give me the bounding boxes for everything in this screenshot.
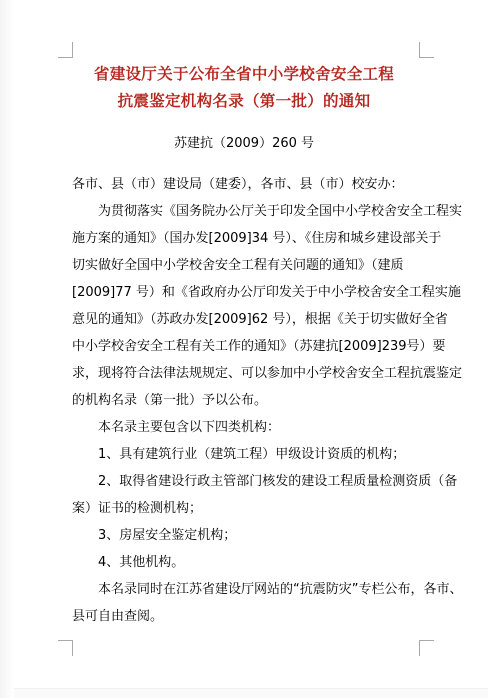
body-line: 各市、县（市）建设局（建委），各市、县（市）校安办： [72,176,424,203]
list-item-4: 4、其他机构。 [72,554,424,581]
document-body: 各市、县（市）建设局（建委），各市、县（市）校安办： 为贯彻落实《国务院办公厅关… [72,176,424,635]
body-line: 县可自由查阅。 [72,608,424,635]
body-line: 中小学校舍安全工程有关工作的通知》（苏建抗[2009]239号）要 [72,338,424,365]
margin-corner-top-right [419,42,434,58]
body-line: 的机构名录（第一批）予以公布。 [72,392,424,419]
margin-corner-bottom-right [419,640,434,656]
list-item-3: 3、房屋安全鉴定机构； [72,527,424,554]
body-line: 为贯彻落实《国务院办公厅关于印发全国中小学校舍安全工程实 [72,203,424,230]
margin-corner-bottom-left [58,640,73,656]
list-item-2-continued: 案）证书的检测机构； [72,500,424,527]
body-line: [2009]77 号）和《省政府办公厅印发关于中小学校舍安全工程实施 [72,284,424,311]
margin-corner-top-left [58,42,73,58]
body-line: 本名录主要包含以下四类机构： [72,419,424,446]
body-line: 意见的通知》（苏政办发[2009]62 号），根据《关于切实做好全省 [72,311,424,338]
list-item-2: 2、取得省建设行政主管部门核发的建设工程质量检测资质（备 [72,473,424,500]
page-shadow-bottom [14,688,488,698]
body-line: 施方案的通知》（国办发[2009]34 号）、《住房和城乡建设部关于 [72,230,424,257]
document-title-line-2: 抗震鉴定机构名录（第一批）的通知 [0,89,488,111]
body-line: 求，现将符合法律法规规定、可以参加中小学校舍安全工程抗震鉴定 [72,365,424,392]
body-line: 切实做好全国中小学校舍安全工程有关问题的通知》（建质 [72,257,424,284]
body-line: 本名录同时在江苏省建设厅网站的“抗震防灾”专栏公布，各市、 [72,581,424,608]
document-number: 苏建抗（2009）260 号 [0,132,488,151]
list-item-1: 1、具有建筑行业（建筑工程）甲级设计资质的机构； [72,446,424,473]
document-title-line-1: 省建设厅关于公布全省中小学校舍安全工程 [0,62,488,84]
